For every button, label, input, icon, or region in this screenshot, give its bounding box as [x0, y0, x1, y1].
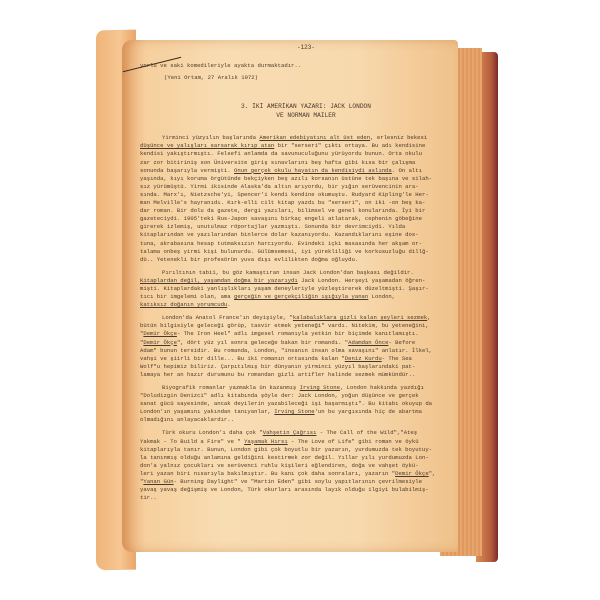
heading-line-2: VE NORMAN MAILER: [140, 111, 472, 120]
text-line: London'da Anatol France'ın deyişiyle, "k…: [140, 314, 472, 322]
text-line: düşünce ve yalışları sarsarak kırıp atan…: [140, 142, 472, 150]
text-line: sız yürümüştü. Yirmi ikisinde Alaska'da …: [140, 183, 472, 191]
text-line: don'a yalnız çocukları ve serüvenci ruhl…: [140, 462, 472, 470]
text-line: dü.. Yetenekli bir profesörün yuva dışı …: [140, 256, 472, 264]
text-line: mişti. Kitaplardaki yanlışlıkları yaşam …: [140, 285, 472, 293]
text-line: gazeteciydi. 1905'teki Rus-Japon savaşın…: [140, 215, 472, 223]
text-line: kitaplarıyla tanır. Bunun, London gibi ç…: [140, 446, 472, 454]
text-line: kendisi yakıştırmıştı. Felsefi anlamda d…: [140, 150, 472, 158]
text-line: Türk okuru London'ı daha çok "Vahşetin Ç…: [140, 429, 472, 437]
text-line: "Demir Ökçe", dört yüz yıl sonra geleceğ…: [140, 339, 472, 347]
text-line: tuna, akrabasına hesap tutmaksızın harcı…: [140, 240, 472, 248]
text-line: Pırıltının tabii, bu göz kamaştıran insa…: [140, 269, 472, 277]
text-line: Adam" bunun tersidir. Bu romanda, London…: [140, 347, 472, 355]
paragraph: Türk okuru London'ı daha çok "Vahşetin Ç…: [140, 429, 472, 502]
text-line: yavaş yavaş değişmiş ve London, Türk oku…: [140, 486, 472, 494]
heading-line-1: 3. İKİ AMERİKAN YAZARI: JACK LONDON: [140, 102, 472, 111]
paragraph: London'da Anatol France'ın deyişiyle, "k…: [140, 314, 472, 379]
text-line: Biyografik romanlar yazmakla ün kazanmış…: [140, 384, 472, 392]
text-line: girerek izlemiş, unutulmaz röportajlar y…: [140, 223, 472, 231]
text-line: Yirminci yüzyılın başlarında Amerikan ed…: [140, 134, 472, 142]
text-line: olmadığını anlayacaklardır..: [140, 416, 472, 424]
continued-line: yorlu ve saki komedileriyle ayakta durma…: [140, 62, 472, 70]
page-text: -123- yorlu ve saki komedileriyle ayakta…: [140, 44, 472, 507]
text-line: Kitaplardan değil, yaşamdan doğma bir ya…: [140, 277, 472, 285]
body-paragraphs: Yirminci yüzyılın başlarında Amerikan ed…: [140, 134, 472, 502]
text-line: Yakmak - To Build a Fire" ve " Yaşamak H…: [140, 438, 472, 446]
text-line: "Demir Ökçe- The Iron Heel" adlı imgesel…: [140, 330, 472, 338]
section-heading: 3. İKİ AMERİKAN YAZARI: JACK LONDON VE N…: [140, 102, 472, 120]
text-line: tir..: [140, 494, 472, 502]
text-line: dar roman. Bir dolu da gazete, dergi yaz…: [140, 207, 472, 215]
text-line: la tanınmış olduğu anlamına geldiğini ke…: [140, 454, 472, 462]
text-line: London'ın yaşamını yakından tanıyanlar, …: [140, 408, 472, 416]
text-line: Wolf"u hepimiz biliriz. Çarpıtılmış bir …: [140, 363, 472, 371]
text-line: katıksız doğanın yorumcudu.: [140, 301, 472, 309]
text-line: vahşi ve şiirli bir dille... Bu iki roma…: [140, 355, 472, 363]
text-line: sında. Marx'ı, Nietzsche'yi, Spencer'i k…: [140, 191, 472, 199]
paragraph: Pırıltının tabii, bu göz kamaştıran insa…: [140, 269, 472, 309]
text-line: yaşında, kıyı koruma örgütünde bekçiyken…: [140, 175, 472, 183]
source-citation: (Yeni Ortam, 27 Aralık 1972): [140, 74, 472, 82]
text-line: leri yazan biri nısarıyla bakılmıştır. B…: [140, 470, 472, 478]
text-line: sanat gücü sayesinde, ancak deyilerin ya…: [140, 400, 472, 408]
text-line: sonunda başarıyla vermişti. Onun gerçek …: [140, 167, 472, 175]
paragraph: Biyografik romanlar yazmakla ün kazanmış…: [140, 384, 472, 424]
paragraph: Yirminci yüzyılın başlarında Amerikan ed…: [140, 134, 472, 264]
text-line: kitaplarından ve yazılarından binlerce d…: [140, 231, 472, 239]
text-line: man Melville's hayranıdı. Kırk-elli cilt…: [140, 199, 472, 207]
text-line: tıcı bir imgelemi olan, ama gerçeğin ve …: [140, 293, 472, 301]
page-number: -123-: [140, 44, 472, 52]
text-line: "Yanan Gün- Burning Daylight" ve "Martin…: [140, 478, 472, 486]
text-line: bütün bilgisiyle geleceği görüp, tasvir …: [140, 322, 472, 330]
text-line: "Doludizgin Denizci" adlı kitabında şöyl…: [140, 392, 472, 400]
text-line: lamaya her an hazır durumunu bu romandan…: [140, 371, 472, 379]
text-line: zar zor bitiriniş son Üniversite giriş s…: [140, 159, 472, 167]
text-line: talama onbeş yirmi kişi bulunurdu. Gülüm…: [140, 248, 472, 256]
